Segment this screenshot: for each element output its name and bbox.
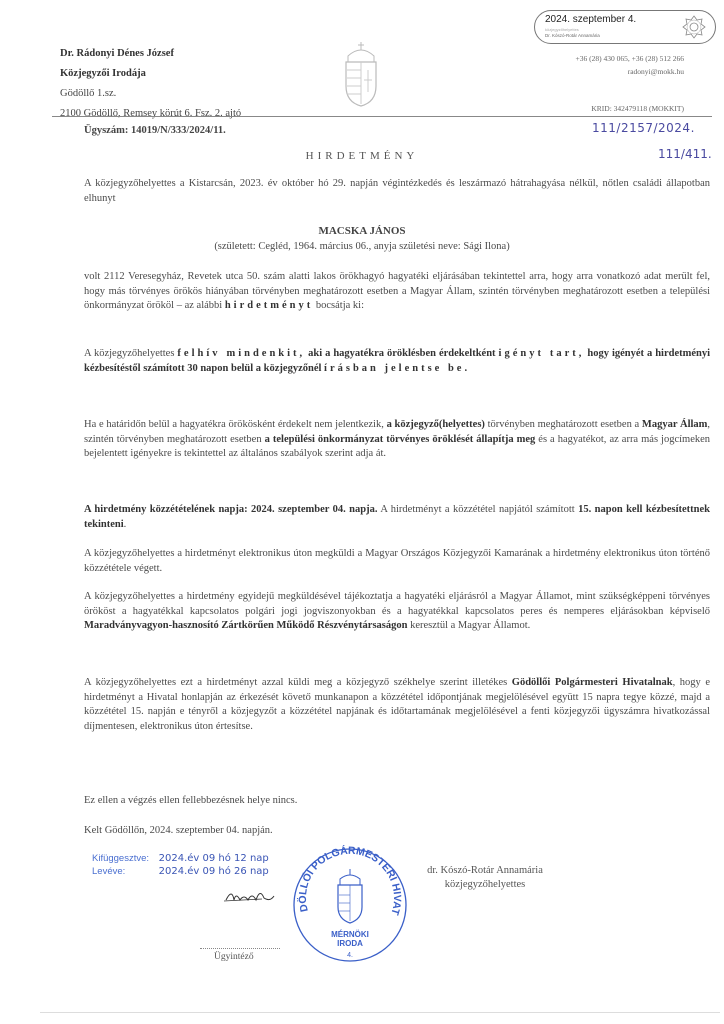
paragraph-5: A közjegyzőhelyettes a hirdetményt elekt… [84,547,710,576]
clerk-label: Ügyintéző [214,952,254,962]
removed-value: 2024.év 09 hó 26 nap [159,866,269,877]
page-bottom-edge [40,1012,720,1013]
krid-id: KRID: 342479118 (MOKKIT) [591,104,684,113]
removed-label: Levéve: [92,865,156,878]
deceased-birth-info: (született: Cegléd, 1964. március 06., a… [0,241,724,252]
stamp-signer: Dr. Kószó-Rotár Annamária [545,33,600,38]
paragraph-7: A közjegyzőhelyettes ezt a hirdetményt a… [84,676,710,734]
signer-role: közjegyzőhelyettes [410,878,560,892]
posted-label: Kifüggesztve: [92,852,156,865]
paragraph-6: A közjegyzőhelyettes a hirdetmény egyide… [84,590,710,634]
svg-text:GÖDÖLLŐI POLGÁRMESTERI HIVATAL: GÖDÖLLŐI POLGÁRMESTERI HIVATAL [290,845,403,917]
case-number: Ügyszám: 14019/N/333/2024/11. [84,125,226,136]
deceased-name: MACSKA JÁNOS [0,225,724,237]
svg-text:IRODA: IRODA [337,939,363,948]
emphasis-hirdetmenyt: hirdetményt [225,300,313,311]
sender-block: Dr. Rádonyi Dénes József Közjegyzői Irod… [60,44,241,124]
clerk-signature-icon [222,886,278,908]
stamp-role: közjegyzőhelyettes [545,27,579,32]
phone-numbers: +36 (28) 430 065, +36 (28) 512 266 [576,52,684,65]
paragraph-8-no-appeal: Ez ellen a végzés ellen fellebbezésnek h… [84,794,710,809]
notice-document: Dr. Rádonyi Dénes József Közjegyzői Irod… [0,0,724,1024]
sender-address: 2100 Gödöllő, Remsey körút 6. Fsz. 2. aj… [60,104,241,124]
notary-seal-icon [681,14,707,40]
sender-office-no: Gödöllő 1.sz. [60,84,241,104]
svg-text:4.: 4. [347,952,353,959]
signer-block: dr. Kószó-Rotár Annamária közjegyzőhelye… [410,864,560,892]
posting-record: Kifüggesztve: 2024.év 09 hó 12 nap Levév… [92,852,269,878]
removed-row: Levéve: 2024.év 09 hó 26 nap [92,865,269,878]
document-title: HIRDETMÉNY [0,150,724,162]
paragraph-1: volt 2112 Veresegyház, Revetek utca 50. … [84,270,710,314]
svg-text:MÉRNÖKI: MÉRNÖKI [331,930,369,939]
posted-row: Kifüggesztve: 2024.év 09 hó 12 nap [92,852,269,865]
signature-line [200,948,280,949]
paragraph-2-call: A közjegyzőhelyettes felhív mindenkit, a… [84,347,710,376]
e-signature-stamp: 2024. szeptember 4. közjegyzőhelyettes D… [534,10,716,44]
email-address: radonyi@mokk.hu [576,65,684,78]
paragraph-4-publication-date: A hirdetmény közzétételének napja: 2024.… [84,503,710,532]
sender-name: Dr. Rádonyi Dénes József [60,44,241,64]
header-divider [52,116,712,117]
contact-block: +36 (28) 430 065, +36 (28) 512 266 radon… [576,52,684,78]
office-round-stamp-icon: GÖDÖLLŐI POLGÁRMESTERI HIVATAL MÉRNÖKI I… [290,845,410,965]
stamp-date: 2024. szeptember 4. [545,14,636,25]
signer-name: dr. Kószó-Rotár Annamária [410,864,560,878]
dated-line: Kelt Gödöllőn, 2024. szeptember 04. napj… [84,824,710,839]
intro-paragraph: A közjegyzőhelyettes a Kistarcsán, 2023.… [84,177,710,206]
handwritten-reference-1: 111/2157/2024. [592,121,695,135]
coat-of-arms-icon [338,40,384,110]
posted-value: 2024.év 09 hó 12 nap [159,853,269,864]
paragraph-3: Ha e határidőn belül a hagyatékra örökös… [84,418,710,462]
sender-office: Közjegyzői Irodája [60,64,241,84]
